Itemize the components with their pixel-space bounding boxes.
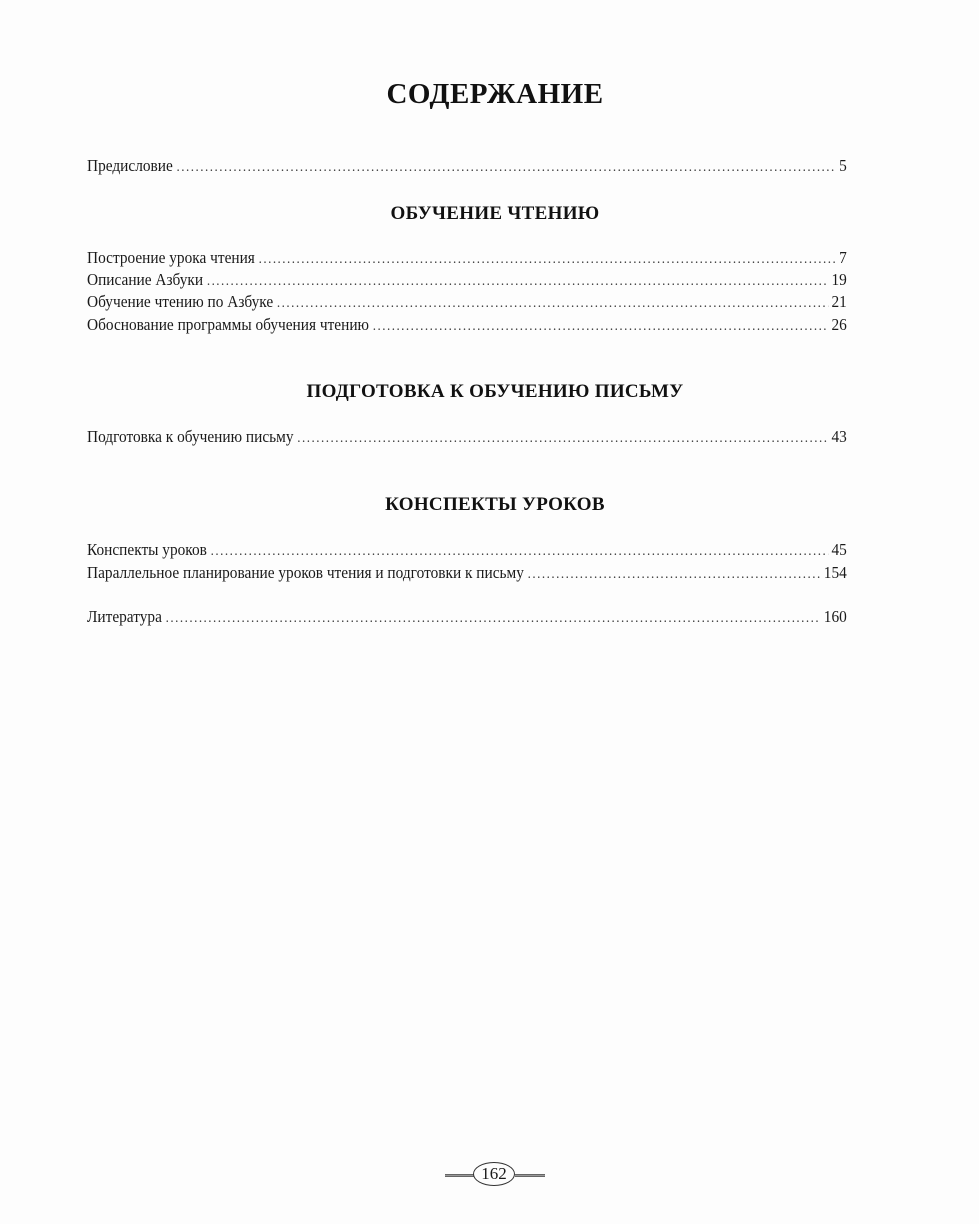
entry-page: 26 — [831, 314, 846, 336]
toc-entry-preface[interactable]: Предисловие 5 — [87, 155, 847, 177]
ornament-line-left — [445, 1174, 475, 1177]
entry-label: Подготовка к обучению письму — [87, 426, 294, 448]
entry-label: Построение урока чтения — [87, 247, 255, 269]
toc-entry[interactable]: Построение урока чтения 7 — [87, 247, 847, 269]
section-heading-reading: ОБУЧЕНИЕ ЧТЕНИЮ — [0, 203, 979, 225]
entry-label: Конспекты уроков — [87, 539, 207, 561]
toc-entry[interactable]: Обучение чтению по Азбуке 21 — [87, 291, 847, 313]
entry-page: 7 — [839, 247, 847, 269]
dot-leader — [373, 316, 828, 338]
page-number-ornament: 162 — [445, 1160, 545, 1190]
dot-leader — [528, 564, 820, 586]
entry-page: 154 — [824, 562, 847, 584]
entry-label: Литература — [87, 606, 162, 628]
dot-leader — [211, 541, 828, 563]
toc-entry[interactable]: Конспекты уроков 45 — [87, 539, 847, 561]
entry-label: Предисловие — [87, 155, 173, 177]
entry-page: 43 — [831, 426, 846, 448]
entry-page: 160 — [824, 606, 847, 628]
entry-page: 5 — [839, 155, 847, 177]
dot-leader — [207, 271, 828, 293]
toc-entry-literature[interactable]: Литература 160 — [87, 606, 847, 628]
toc-entry[interactable]: Обоснование программы обучения чтению 26 — [87, 314, 847, 336]
section-heading-lessons: КОНСПЕКТЫ УРОКОВ — [0, 494, 979, 516]
ornament-line-right — [515, 1174, 545, 1177]
toc-title: СОДЕРЖАНИЕ — [0, 78, 979, 111]
dot-leader — [297, 428, 827, 450]
entry-label: Параллельное планирование уроков чтения … — [87, 562, 524, 584]
toc-entry[interactable]: Параллельное планирование уроков чтения … — [87, 562, 847, 584]
dot-leader — [166, 608, 820, 630]
entry-label: Обучение чтению по Азбуке — [87, 291, 273, 313]
entry-label: Обоснование программы обучения чтению — [87, 314, 369, 336]
entry-page: 19 — [831, 269, 846, 291]
entry-page: 45 — [831, 539, 846, 561]
toc-entry[interactable]: Подготовка к обучению письму 43 — [87, 426, 847, 448]
dot-leader — [277, 293, 828, 315]
entry-page: 21 — [831, 291, 846, 313]
toc-entry[interactable]: Описание Азбуки 19 — [87, 269, 847, 291]
dot-leader — [259, 249, 836, 271]
section-heading-writing: ПОДГОТОВКА К ОБУЧЕНИЮ ПИСЬМУ — [0, 381, 979, 403]
entry-label: Описание Азбуки — [87, 269, 203, 291]
dot-leader — [177, 157, 836, 179]
page-number: 162 — [473, 1162, 515, 1186]
